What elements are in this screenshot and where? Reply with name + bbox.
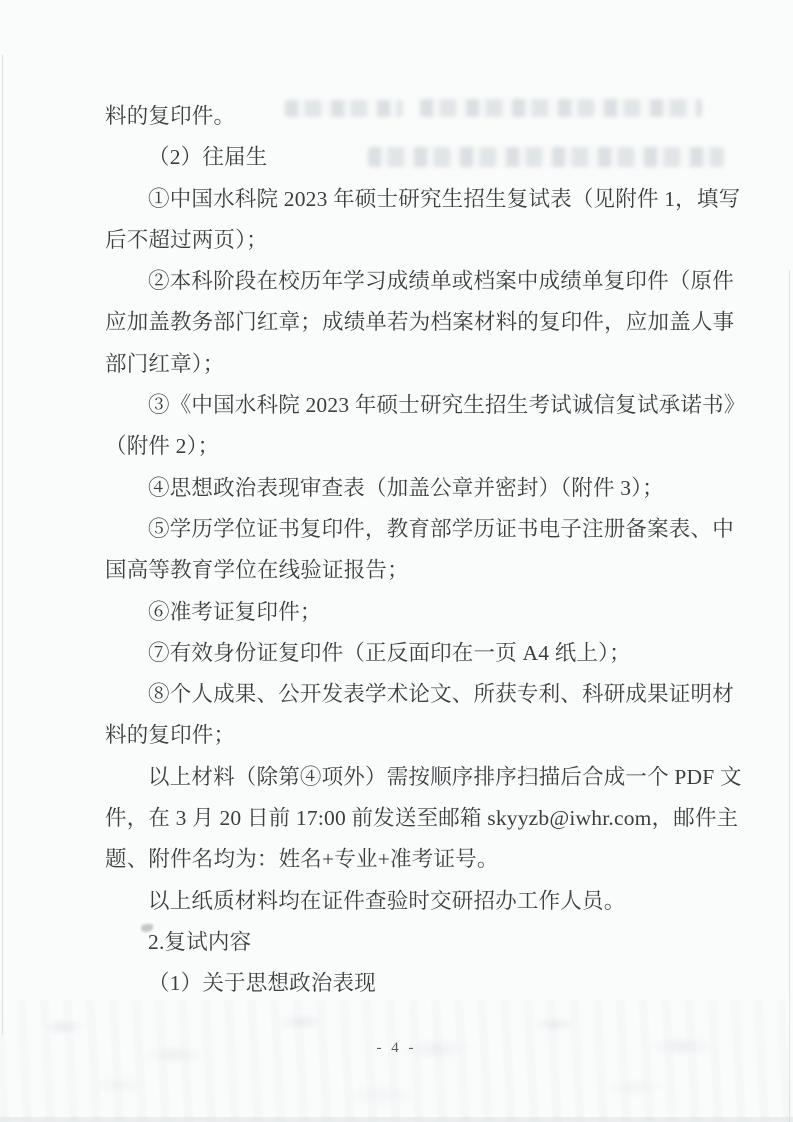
- text-line: ⑦有效身份证复印件（正反面印在一页 A4 纸上）；: [105, 633, 723, 674]
- text-line: 国高等教育学位在线验证报告；: [105, 550, 723, 591]
- text-line: ⑥准考证复印件；: [105, 592, 723, 633]
- text-line: 应加盖教务部门红章；成绩单若为档案材料的复印件，应加盖人事: [105, 302, 723, 343]
- text-line: 部门红章）；: [105, 344, 723, 385]
- text-line: ②本科阶段在校历年学习成绩单或档案中成绩单复印件（原件: [105, 261, 723, 302]
- text-line: ⑧个人成果、公开发表学术论文、所获专利、科研成果证明材: [105, 674, 723, 715]
- text-line: ⑤学历学位证书复印件，教育部学历证书电子注册备案表、中: [105, 509, 723, 550]
- text-line: （2）往届生: [105, 137, 723, 178]
- document-page: 料的复印件。（2）往届生①中国水科院 2023 年硕士研究生招生复试表（见附件 …: [0, 0, 793, 1122]
- text-line: 以上材料（除第④项外）需按顺序排序扫描后合成一个 PDF 文: [105, 757, 723, 798]
- scan-edge-artifact-right: [789, 270, 790, 1122]
- text-line: 2.复试内容: [105, 922, 723, 963]
- text-line: （1）关于思想政治表现: [105, 963, 723, 1004]
- text-line: 料的复印件。: [105, 96, 723, 137]
- text-line: 后不超过两页）；: [105, 220, 723, 261]
- scan-edge-artifact-bottom: [0, 1117, 793, 1122]
- text-line: ①中国水科院 2023 年硕士研究生招生复试表（见附件 1，填写: [105, 179, 723, 220]
- bleed-through-noise-band: [0, 1000, 793, 1122]
- text-line: 以上纸质材料均在证件查验时交研招办工作人员。: [105, 881, 723, 922]
- text-line: 题、附件名均为：姓名+专业+准考证号。: [105, 839, 723, 880]
- text-line: ③《中国水科院 2023 年硕士研究生招生考试诚信复试承诺书》: [105, 385, 723, 426]
- scan-edge-artifact-left: [2, 55, 3, 1035]
- text-line: 料的复印件；: [105, 715, 723, 756]
- document-body: 料的复印件。（2）往届生①中国水科院 2023 年硕士研究生招生复试表（见附件 …: [105, 96, 723, 1005]
- text-line: ④思想政治表现审查表（加盖公章并密封）（附件 3）；: [105, 468, 723, 509]
- text-line: 件，在 3 月 20 日前 17:00 前发送至邮箱 skyyzb@iwhr.c…: [105, 798, 723, 839]
- text-line: （附件 2）；: [105, 426, 723, 467]
- page-number: - 4 -: [0, 1040, 793, 1057]
